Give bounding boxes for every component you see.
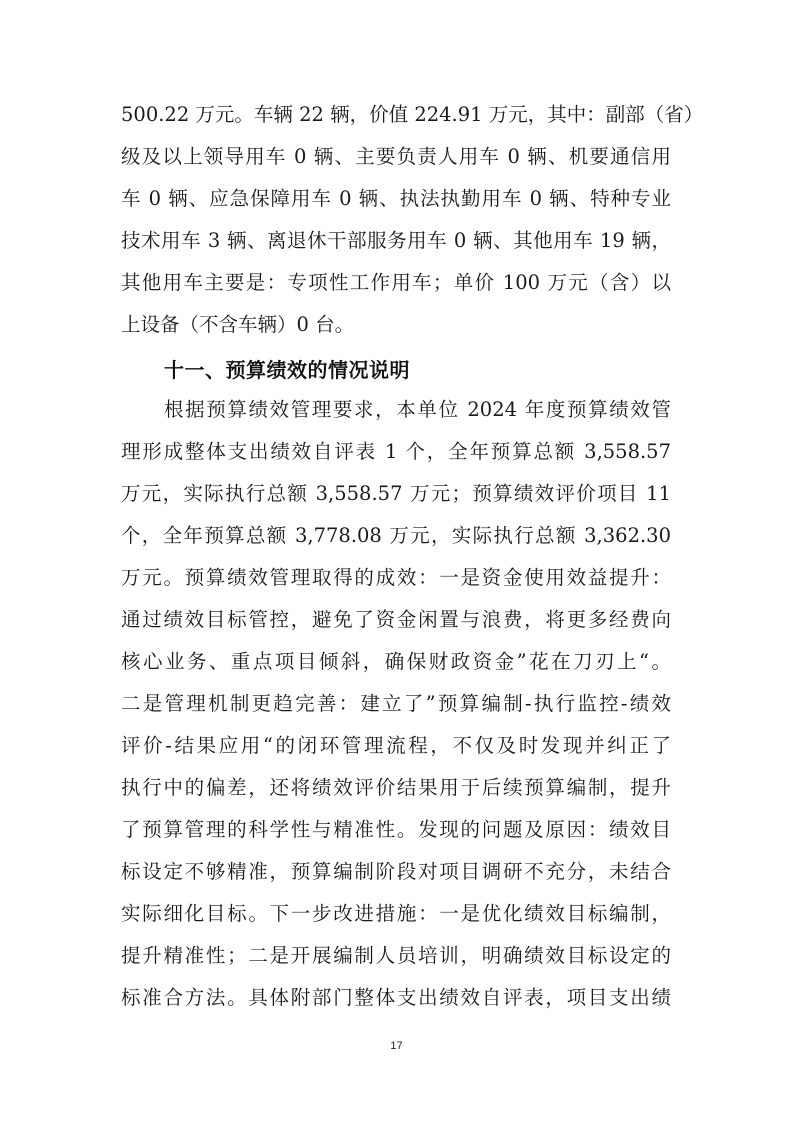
section-heading: 十一、预算绩效的情况说明 <box>164 355 410 385</box>
text-line: 标准合方法。具体附部门整体支出绩效自评表，项目支出绩 <box>121 983 671 1013</box>
document-page: 500.22 万元。车辆 22 辆，价值 224.91 万元，其中：副部（省） … <box>0 0 793 1122</box>
text-line: 万元，实际执行总额 3,558.57 万元；预算绩效评价项目 11 <box>121 479 671 509</box>
text-line: 上设备（不含车辆）0 台。 <box>121 310 671 340</box>
text-line: 提升精准性；二是开展编制人员培训，明确绩效目标设定的 <box>121 941 671 971</box>
text-line: 了预算管理的科学性与精准性。发现的问题及原因：绩效目 <box>121 815 671 845</box>
text-line: 理形成整体支出绩效自评表 1 个，全年预算总额 3,558.57 <box>121 437 671 467</box>
page-number: 17 <box>0 1040 793 1052</box>
text-line: 技术用车 3 辆、离退休干部服务用车 0 辆、其他用车 19 辆， <box>121 226 671 256</box>
text-line: 实际细化目标。下一步改进措施：一是优化绩效目标编制， <box>121 899 671 929</box>
text-line: 核心业务、重点项目倾斜，确保财政资金”花在刀刃上“。 <box>121 647 671 677</box>
text-line: 评价-结果应用“的闭环管理流程，不仅及时发现并纠正了 <box>121 731 671 761</box>
text-line: 通过绩效目标管控，避免了资金闲置与浪费，将更多经费向 <box>121 605 671 635</box>
text-line: 其他用车主要是：专项性工作用车；单价 100 万元（含）以 <box>121 268 671 298</box>
text-line: 执行中的偏差，还将绩效评价结果用于后续预算编制，提升 <box>121 773 671 803</box>
text-line: 根据预算绩效管理要求，本单位 2024 年度预算绩效管 <box>164 395 671 425</box>
text-line: 万元。预算绩效管理取得的成效：一是资金使用效益提升： <box>121 563 671 593</box>
text-line: 标设定不够精准，预算编制阶段对项目调研不充分，未结合 <box>121 857 671 887</box>
text-line: 二是管理机制更趋完善：建立了”预算编制-执行监控-绩效 <box>121 689 671 719</box>
text-line: 个，全年预算总额 3,778.08 万元，实际执行总额 3,362.30 <box>121 521 671 551</box>
text-line: 车 0 辆、应急保障用车 0 辆、执法执勤用车 0 辆、特种专业 <box>121 184 671 214</box>
text-line: 500.22 万元。车辆 22 辆，价值 224.91 万元，其中：副部（省） <box>121 100 671 130</box>
text-line: 级及以上领导用车 0 辆、主要负责人用车 0 辆、机要通信用 <box>121 142 671 172</box>
